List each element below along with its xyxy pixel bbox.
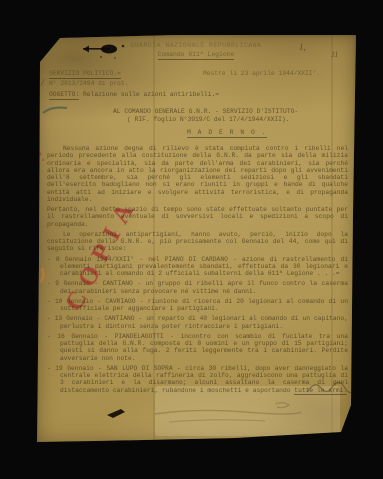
recipient-line2: ( RIF. foglio N°3919/C del 17/4/1944/XXI…: [127, 116, 290, 123]
action-entry: - 16 Gennaio - PIANDELAGOTTI - incontro …: [47, 333, 348, 362]
body-paragraph: Le operazioni antipartigiani, hanno avut…: [47, 231, 348, 253]
recipient-city: M A D E R N O .: [187, 129, 267, 136]
subject-line: OGGETTO: Relazione sulle azioni antiribe…: [49, 91, 219, 98]
document-page: COPIA 1, 11 GUARDIA NAZIONALE REPUBBLICA…: [35, 34, 357, 446]
body-paragraph: Pertanto, nel detto spazio di tempo sono…: [47, 206, 348, 228]
letter-body: Nessuna azione degna di rilievo è stata …: [47, 145, 348, 397]
recipient-line1: AL COMANDO GENERALE G.N.R. - SERVIZIO D'…: [113, 108, 298, 115]
body-paragraph: Nessuna azione degna di rilievo è stata …: [47, 145, 348, 203]
action-entry: - 9 Gennaio - CANTIANO - un gruppo di ri…: [47, 280, 348, 295]
action-entry: - 10 Gennaio - CAVRIAGO - riunione di ri…: [47, 298, 348, 313]
red-speck: [35, 150, 47, 164]
scanned-document-screenshot: { "colors":{"background":"#070707","pape…: [0, 0, 383, 479]
pencil-signature: [303, 374, 383, 400]
action-entry: - 8 Gennaio 1944/XXII° - nel PIANO DI CA…: [47, 256, 348, 278]
subject-value: Relazione sulle azioni antiribelli.=: [83, 91, 219, 98]
pencil-scribble: [125, 400, 305, 430]
dateline: Mestre li 23 aprile 1944/XXII°.: [203, 70, 320, 77]
subject-label: OGGETTO:: [49, 91, 79, 100]
service-line: SERVIZIO POLITICO.=: [49, 70, 121, 77]
ink-blot-bottom: [103, 406, 129, 420]
letterhead-org: GUARDIA NAZIONALE REPUBBLICANA: [35, 42, 357, 49]
protocol-number: N° 2013/2494 di prot.: [49, 80, 128, 87]
pencil-mark-green: [41, 104, 69, 116]
letterhead-unit: Comando 611ª Legione: [35, 51, 357, 58]
action-entry: - 13 Gennaio - CANTIANO - un reparto di …: [47, 315, 348, 330]
handwritten-slash: /: [41, 78, 44, 89]
